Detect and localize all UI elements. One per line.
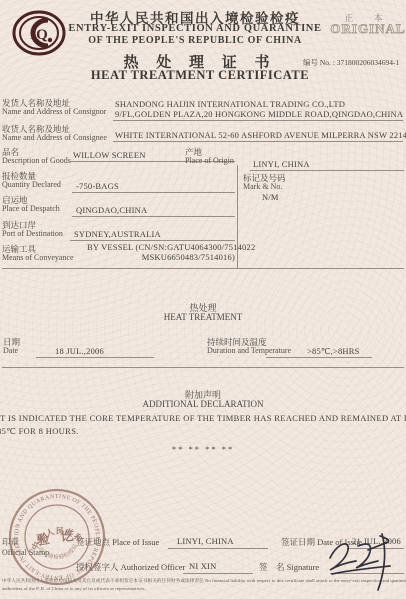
quantity-value: -750-BAGS (76, 181, 119, 191)
origin-label-en: Place of Origin (185, 156, 234, 165)
conveyance-label-en: Means of Conveyance (2, 253, 74, 262)
authorized-officer-value: NI XIN (189, 561, 216, 571)
consignee-value: WHITE INTERNATIONAL 52-60 ASHFORD AVENUE… (115, 130, 406, 140)
official-stamp: ENTRY-EXIT INSPECTION AND QUARANTINE OF … (0, 479, 117, 595)
despatch-label-en: Place of Despatch (2, 204, 60, 213)
stamp-center-text: 验 讫 (36, 527, 79, 548)
consignee-underline (113, 141, 403, 142)
treatment-date-label-en: Date (3, 346, 18, 355)
origin-value: LINYI, CHINA (253, 159, 310, 169)
treatment-section-en: HEAT TREATMENT (103, 312, 303, 322)
treatment-date-value: 18 JUL.,2006 (55, 346, 104, 356)
declaration-text-line2: 85℃ FOR 8 HOURS. (0, 426, 79, 437)
certificate-number: 编号 No. : 371800206034694-1 (303, 57, 399, 68)
certificate-title-en: HEAT TREATMENT CERTIFICATE (90, 68, 310, 83)
mark-label-en: Mark & No. (243, 182, 282, 191)
consignor-value-line2: 9/FL,GOLDEN PLAZA,20 HONGKONG MIDDLE ROA… (115, 109, 403, 119)
certificate-number-label: 编号 No. : (303, 58, 335, 67)
handwritten-signature (320, 528, 402, 592)
mark-value: N/M (262, 192, 279, 202)
duration-label-en: Duration and Temperature (207, 346, 291, 355)
consignor-label-en: Name and Address of Consignor (2, 107, 106, 116)
consignee-label-en: Name and Address of Consignee (2, 133, 107, 142)
copy-type-original: ORIGINAL (330, 21, 406, 37)
declaration-text-line1: IT IS INDICATED THE CORE TEMPERATURE OF … (0, 413, 406, 423)
duration-value: >85℃,>8HRS (307, 346, 360, 357)
goods-value: WILLOW SCREEN (73, 150, 146, 160)
despatch-underline (72, 216, 235, 217)
quantity-underline (72, 192, 235, 193)
destination-value: SYDNEY,AUSTRALIA (74, 229, 161, 239)
destination-label-en: Port of Destination (2, 229, 63, 238)
declaration-section-en: ADDITIONAL DECLARATION (103, 399, 303, 409)
declaration-end-stars: ** ** ** ** (103, 444, 303, 454)
section-divider-1 (2, 268, 404, 269)
conveyance-value-line1: BY VESSEL (CN/SN:GATU4064300/7514022 (87, 242, 255, 252)
certificate-page: IQ 中华人民共和国出入境检验检疫 ENTRY-EXIT INSPECTION … (0, 0, 406, 599)
header-title-en-line2: OF THE PEOPLE'S REPUBLIC OF CHINA (60, 35, 330, 46)
section-divider-2 (2, 367, 404, 368)
signature-label: 签 名 Signature (259, 561, 319, 573)
quantity-label-en: Quantity Declared (2, 180, 61, 189)
authorized-officer-underline (183, 573, 253, 574)
header-title-en-line1: ENTRY-EXIT INSPECTION AND QUARANTINE (60, 23, 330, 34)
duration-underline (266, 357, 372, 358)
ciq-logo-icon: IQ (12, 10, 66, 56)
destination-underline (70, 240, 235, 241)
place-of-issue-underline (168, 548, 268, 549)
svg-text:IQ: IQ (30, 27, 48, 43)
mark-box-divider (237, 165, 238, 268)
despatch-value: QINGDAO,CHINA (76, 205, 147, 215)
conveyance-value-line2: MSKU6650483/7514016) (87, 252, 235, 262)
treatment-date-underline (36, 357, 154, 358)
origin-underline (250, 170, 404, 171)
goods-label-en: Description of Goods (2, 156, 71, 165)
certificate-number-value: 371800206034694-1 (337, 58, 400, 67)
consignor-underline (113, 120, 403, 121)
consignor-value-line1: SHANDONG HAIJIN INTERNATIONAL TRADING CO… (115, 99, 345, 109)
place-of-issue-value: LINYI, CHINA (177, 536, 234, 546)
